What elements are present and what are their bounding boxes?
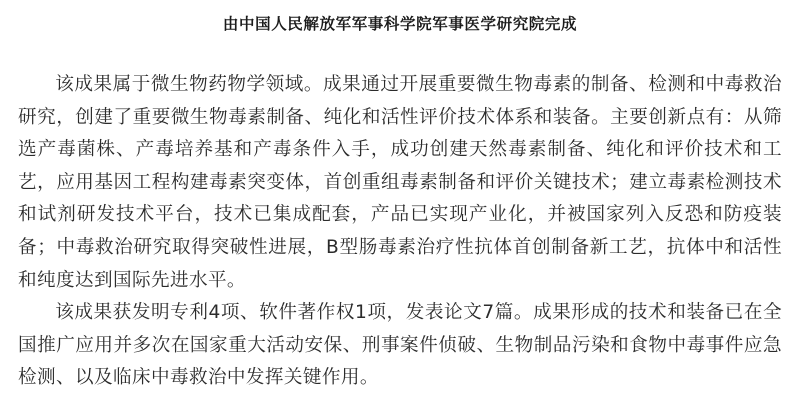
document-page: 由中国人民解放军军事科学院军事医学研究院完成 该成果属于微生物药物学领域。成果通… [0,0,800,402]
paragraph-research-summary: 该成果属于微生物药物学领域。成果通过开展重要微生物毒素的制备、检测和中毒救治研究… [18,69,782,297]
document-body: 该成果属于微生物药物学领域。成果通过开展重要微生物毒素的制备、检测和中毒救治研究… [18,69,782,395]
paragraph-achievements: 该成果获发明专利4项、软件著作权1项，发表论文7篇。成果形成的技术和装备已在全国… [18,297,782,395]
document-title: 由中国人民解放军军事科学院军事医学研究院完成 [0,12,800,36]
